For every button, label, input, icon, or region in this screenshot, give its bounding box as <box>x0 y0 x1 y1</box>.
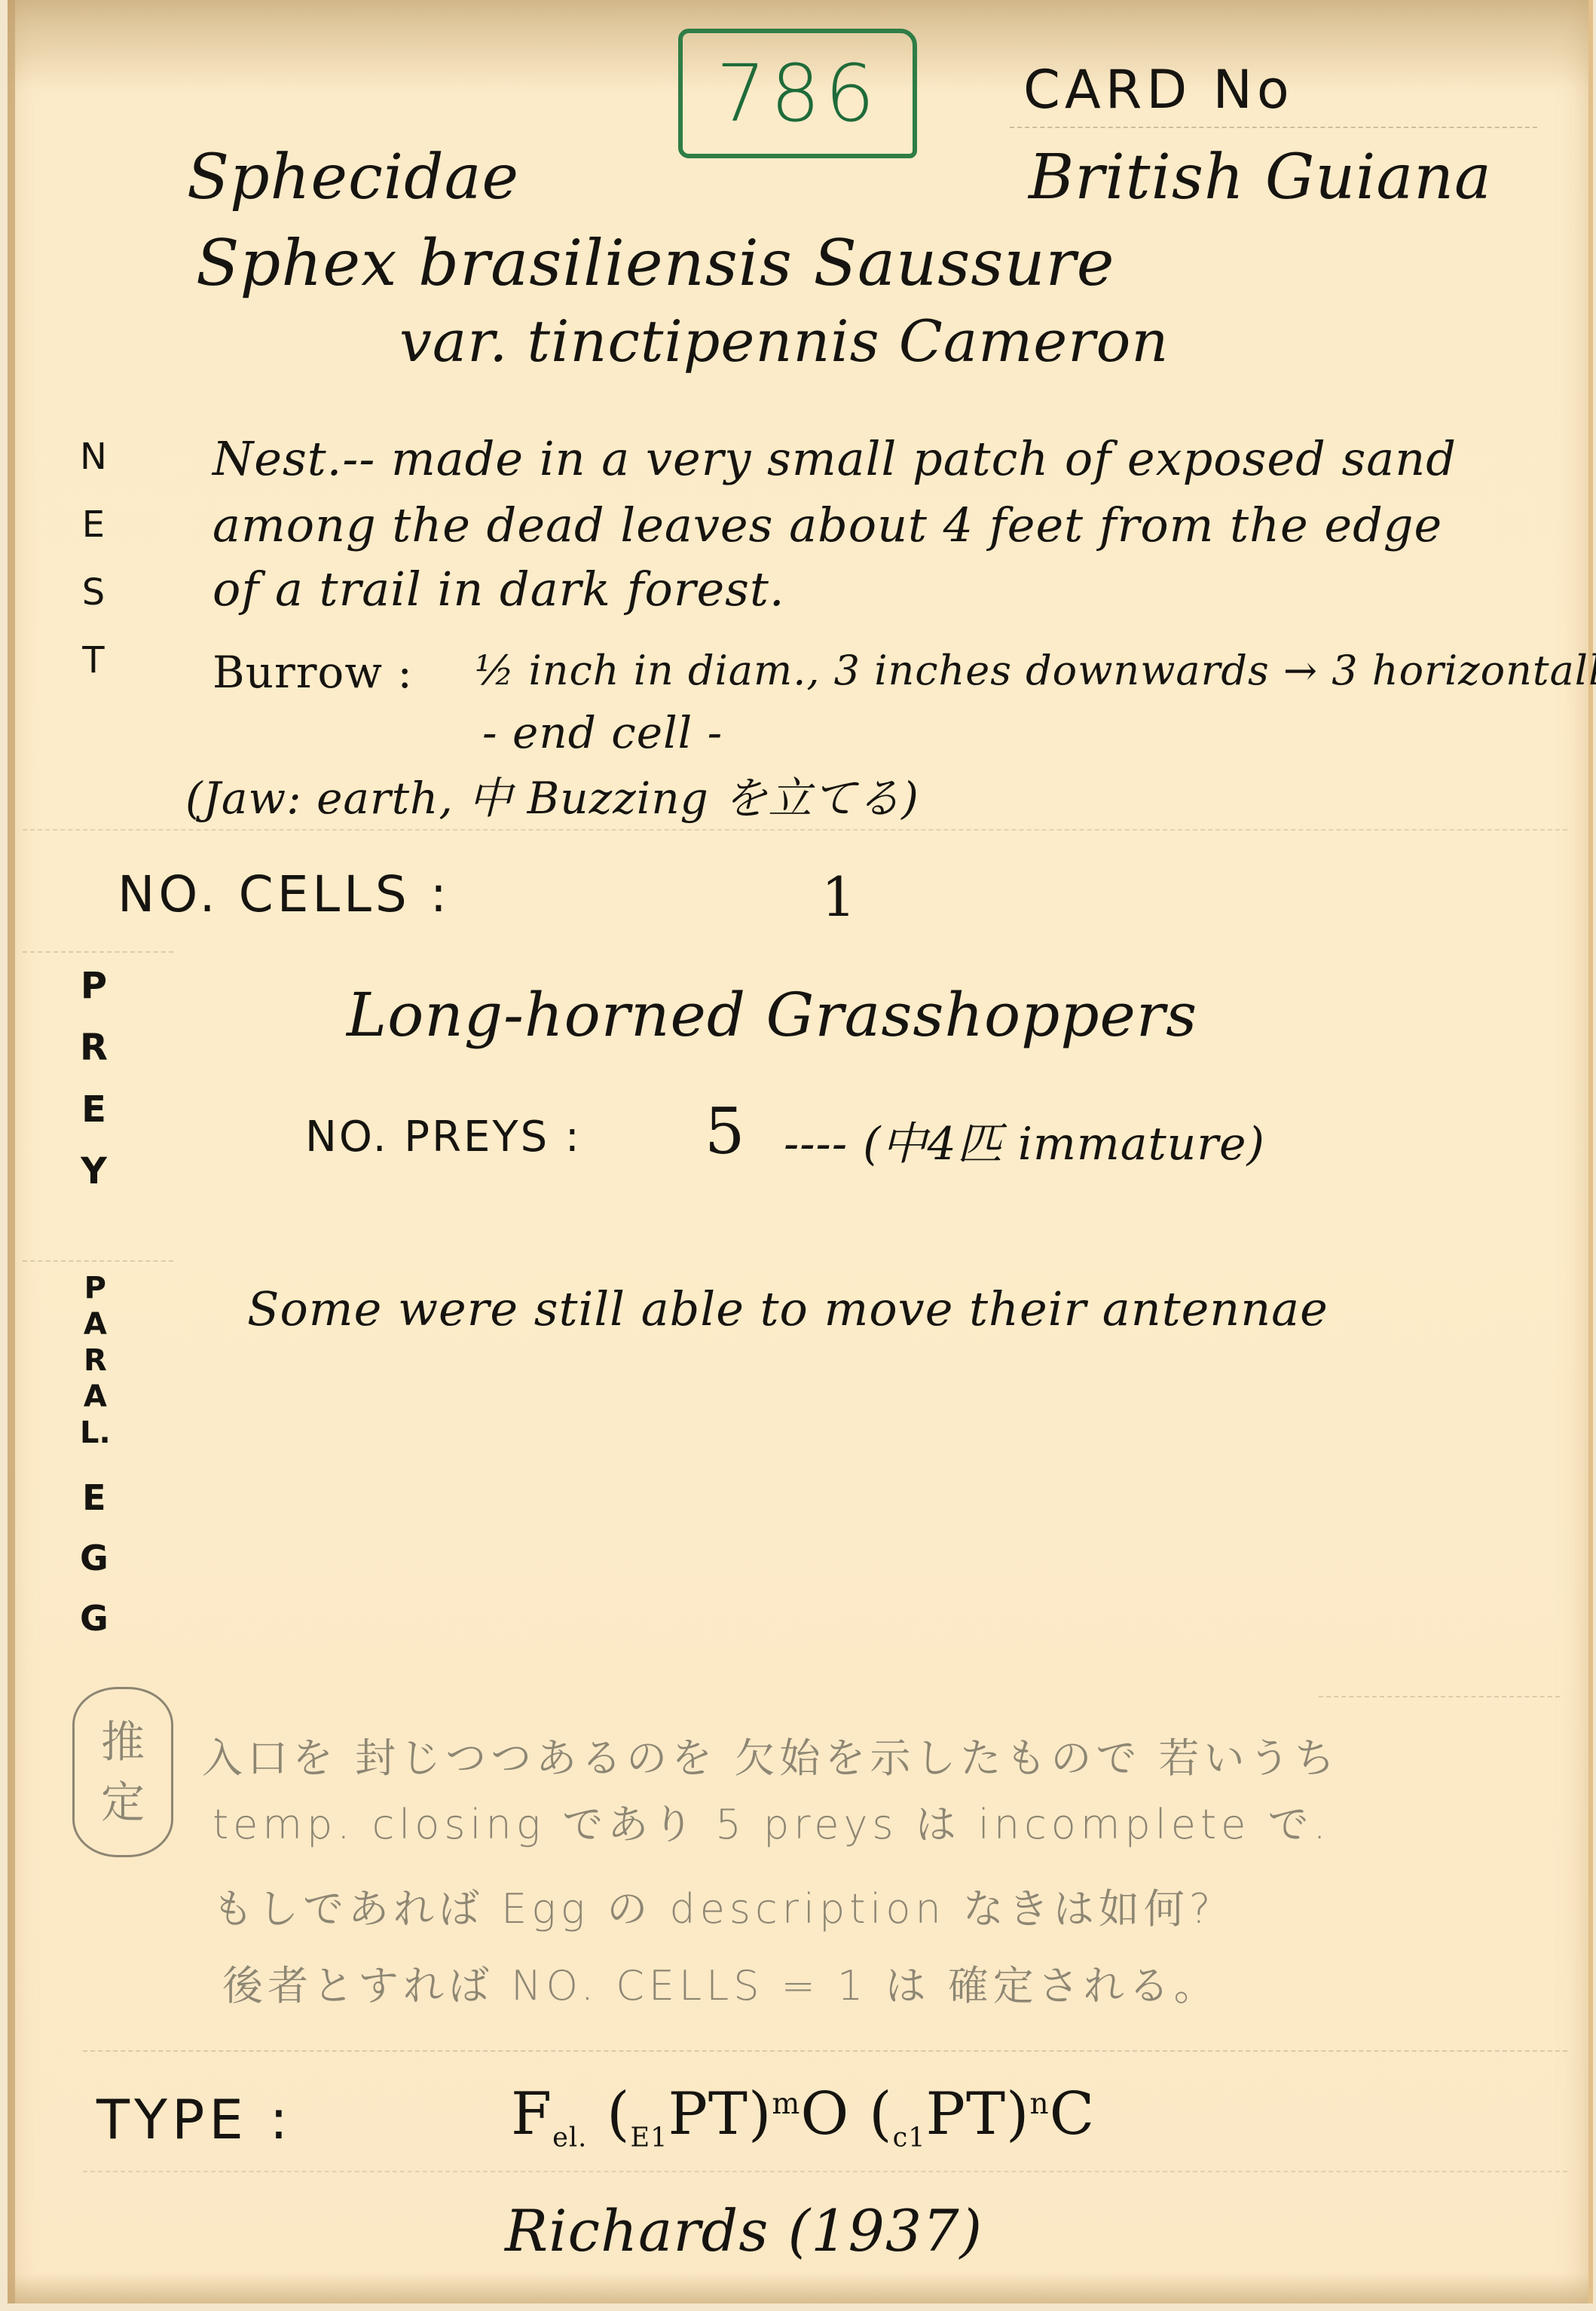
prey-count-note: ---- (中4匹 immature) <box>784 1108 1265 1173</box>
section-divider <box>83 2050 1567 2052</box>
formula-part: PT <box>668 2080 748 2148</box>
family-name: Sphecidae <box>187 142 519 213</box>
egg-letter: G <box>80 1538 109 1578</box>
burrow-label: Burrow : <box>212 647 413 698</box>
paral-letter: R <box>84 1343 107 1378</box>
prey-letter: Y <box>81 1150 107 1192</box>
pencil-note-line-3: もしであれば Egg の description なきは如何? <box>212 1877 1215 1935</box>
cells-label: NO. CELLS : <box>118 865 451 923</box>
card-no-label: CARD No <box>1023 59 1294 121</box>
prey-letter: P <box>81 965 107 1007</box>
section-divider <box>1319 1696 1560 1697</box>
formula-part: F <box>511 2080 552 2148</box>
formula-part: C <box>1050 2080 1096 2148</box>
index-card: 786 CARD No British Guiana Sphecidae Sph… <box>8 0 1593 2303</box>
paral-letter: A <box>84 1307 107 1342</box>
variety-name: var. tinctipennis Cameron <box>399 308 1169 375</box>
section-divider <box>23 951 173 953</box>
formula-part: PT <box>926 2080 1007 2148</box>
type-formula: Fel. (E1PT)mO (c1PT)nC <box>511 2080 1095 2153</box>
nest-line-2: among the dead leaves about 4 feet from … <box>212 497 1442 552</box>
prey-count-label: NO. PREYS : <box>305 1113 582 1162</box>
stamp-char: 定 <box>101 1772 145 1832</box>
nest-side-label: N E S T <box>80 436 107 681</box>
nest-line-1: Nest.-- made in a very small patch of ex… <box>212 431 1457 486</box>
card-worn-bottom-edge <box>8 2273 1588 2303</box>
formula-part: ( <box>869 2080 892 2148</box>
locality: British Guiana <box>1029 142 1492 213</box>
prey-count-value: 5 <box>705 1094 745 1168</box>
formula-part: m <box>772 2087 800 2121</box>
section-divider <box>23 1260 173 1262</box>
card-number: 786 <box>716 47 879 139</box>
burrow-dimensions: ½ inch in diam., 3 inches downwards → 3 … <box>475 647 1596 694</box>
formula-part: E1 <box>631 2123 668 2153</box>
prey-letter: E <box>81 1088 106 1131</box>
formula-part: el. <box>552 2123 587 2153</box>
estimate-stamp: 推 定 <box>72 1687 173 1857</box>
formula-part: ( <box>607 2080 630 2148</box>
header-divider <box>1010 127 1537 128</box>
prey-side-label: P R E Y <box>80 965 108 1192</box>
egg-side-label: E G G <box>80 1477 109 1639</box>
pencil-note-line-2: temp. closing であり 5 preys は incomplete で… <box>212 1792 1331 1850</box>
species-name: Sphex brasiliensis Saussure <box>196 226 1114 300</box>
nest-letter: E <box>82 504 105 546</box>
cells-value: 1 <box>821 865 857 929</box>
card-number-box: 786 <box>678 29 917 158</box>
paral-letter: P <box>84 1271 106 1305</box>
paral-letter: A <box>84 1379 107 1414</box>
nest-letter: S <box>82 571 105 614</box>
formula-part: c1 <box>893 2123 926 2153</box>
formula-part: n <box>1029 2087 1049 2121</box>
formula-part: O <box>800 2080 849 2148</box>
paral-letter: L. <box>80 1416 111 1450</box>
egg-letter: E <box>82 1477 105 1518</box>
egg-letter: G <box>80 1598 109 1639</box>
section-divider <box>83 2171 1567 2172</box>
reference: Richards (1937) <box>505 2197 983 2264</box>
prey-letter: R <box>80 1027 108 1069</box>
prey-name: Long-horned Grasshoppers <box>347 980 1197 1050</box>
pencil-note-line-1: 入口を 封じつつあるのを 欠始を示したもので 若いうち <box>202 1726 1340 1784</box>
nest-letter: T <box>82 639 104 681</box>
paral-side-label: P A R A L. <box>80 1271 111 1450</box>
stamp-char: 推 <box>101 1712 145 1772</box>
nest-letter: N <box>80 436 107 478</box>
burrow-end-cell: - end cell - <box>482 707 723 758</box>
nest-line-3: of a trail in dark forest. <box>212 562 785 617</box>
type-label: TYPE : <box>96 2088 292 2151</box>
nest-note: (Jaw: earth, 中 Buzzing を立てる) <box>185 763 919 826</box>
section-divider <box>23 829 1567 831</box>
pencil-note-line-4: 後者とすれば NO. CELLS = 1 は 確定される。 <box>222 1954 1219 2012</box>
formula-part: ) <box>1006 2080 1029 2148</box>
paralysis-note: Some were still able to move their anten… <box>247 1281 1328 1336</box>
formula-part: ) <box>748 2080 772 2148</box>
